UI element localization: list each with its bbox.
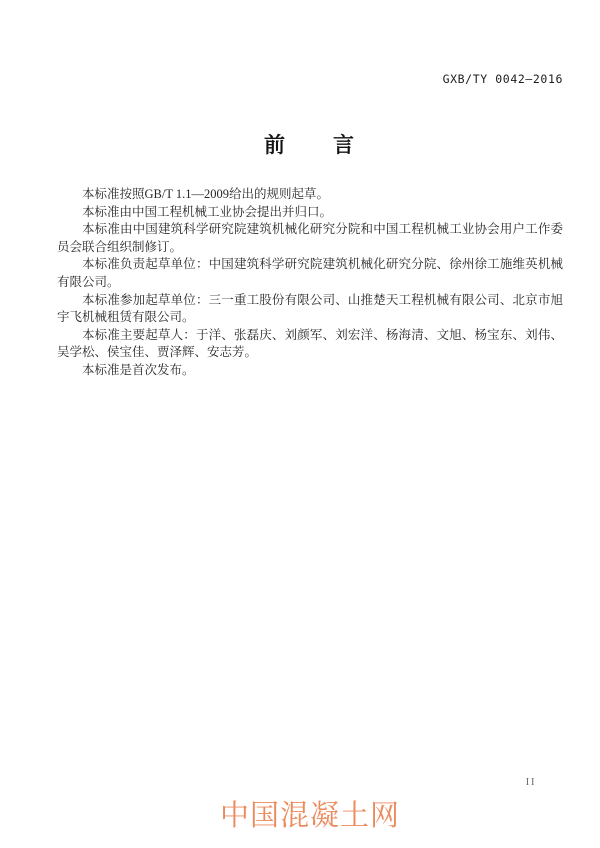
page-title: 前 言 [57,129,563,159]
foreword-body: 本标准按照GB/T 1.1—2009给出的规则起草。 本标准由中国工程机械工业协… [57,186,563,380]
paragraph: 本标准参加起草单位：三一重工股份有限公司、山推楚天工程机械有限公司、北京市旭宇飞… [57,292,563,327]
paragraph: 本标准按照GB/T 1.1—2009给出的规则起草。 [57,186,563,204]
paragraph: 本标准负责起草单位：中国建筑科学研究院建筑机械化研究分院、徐州徐工施维英机械有限… [57,256,563,291]
page-number: II [526,776,536,788]
paragraph: 本标准是首次发布。 [57,362,563,380]
paragraph: 本标准主要起草人：于洋、张磊庆、刘颜军、刘宏洋、杨海清、文旭、杨宝东、刘伟、吴学… [57,327,563,362]
paragraph: 本标准由中国工程机械工业协会提出并归口。 [57,204,563,222]
paragraph: 本标准由中国建筑科学研究院建筑机械化研究分院和中国工程机械工业协会用户工作委员会… [57,221,563,256]
standard-code: GXB/TY 0042—2016 [443,72,563,86]
document-page: GXB/TY 0042—2016 前 言 本标准按照GB/T 1.1—2009给… [0,0,600,848]
watermark-text: 中国混凝土网 [57,793,563,834]
